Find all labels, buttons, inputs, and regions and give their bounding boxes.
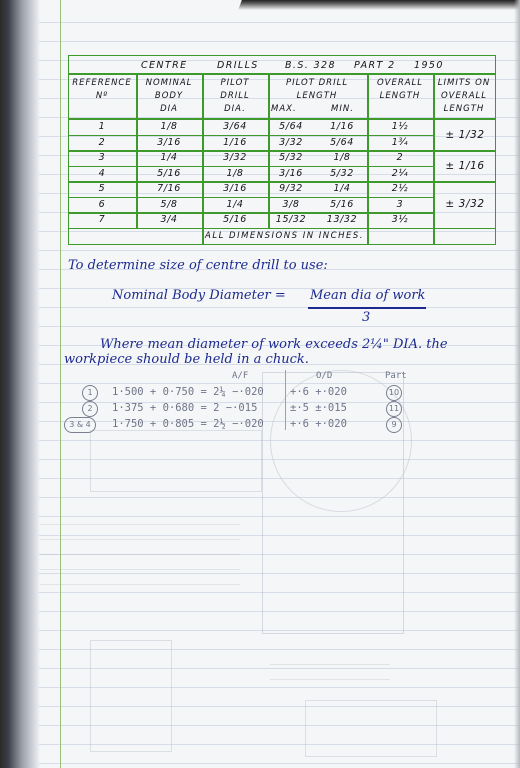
bleed-text-block-2	[270, 650, 390, 690]
calc-od: ±·5 ±·015	[290, 402, 347, 414]
cell-ref: 1	[82, 121, 122, 132]
cell-nominal: 3/16	[149, 137, 189, 148]
fraction-bar	[308, 307, 426, 309]
cell-min: 1/16	[322, 121, 362, 132]
calc-header-af: A/F	[232, 371, 248, 381]
cell-pilot-dia: 3/16	[215, 183, 255, 194]
header-overall-line2: LENGTH	[367, 90, 433, 103]
bleed-table-2	[90, 640, 172, 752]
calc-expression: 1·375 + 0·680 = 2 −·015	[112, 402, 257, 414]
cell-pilot-dia: 1/16	[215, 137, 255, 148]
column-divider	[367, 73, 369, 228]
column-divider	[202, 228, 204, 245]
cell-min: 1/8	[322, 152, 362, 163]
cell-overall: 3½	[380, 214, 420, 225]
formula-numerator: Mean dia of work	[310, 288, 425, 303]
cell-min: 13/32	[322, 214, 362, 225]
header-overall-line1: OVERALL	[367, 77, 433, 90]
book-binding	[0, 0, 40, 768]
header-limits-line2: OVERALL	[433, 90, 495, 103]
header-divider	[69, 118, 495, 120]
header-max: MAX.	[271, 103, 297, 116]
calc-header-od: O/D	[316, 371, 332, 381]
cell-nominal: 3/4	[149, 214, 189, 225]
table-title-centre: CENTRE	[141, 60, 188, 71]
cell-overall: 1¾	[380, 137, 420, 148]
title-divider	[69, 73, 495, 75]
cell-ref: 7	[82, 214, 122, 225]
cell-overall: 2	[380, 152, 420, 163]
calc-part-number: 11	[386, 401, 402, 417]
row-divider	[69, 228, 495, 230]
header-limits-line1: LIMITS ON	[433, 77, 495, 90]
calc-marker: 1	[82, 385, 98, 401]
column-divider	[433, 228, 435, 245]
cell-min: 5/16	[322, 199, 362, 210]
cell-ref: 5	[82, 183, 122, 194]
cell-pilot-dia: 1/8	[215, 168, 255, 179]
cell-max: 3/16	[271, 168, 311, 179]
cell-max: 9/32	[271, 183, 311, 194]
formula-denominator: 3	[362, 310, 370, 325]
page-shadow	[238, 0, 520, 10]
cell-min: 5/64	[322, 137, 362, 148]
cell-ref: 6	[82, 199, 122, 210]
header-reference-line1: REFERENCE	[69, 77, 135, 90]
cell-limit: ± 3/32	[435, 198, 495, 210]
cell-limit: ± 1/16	[435, 160, 495, 172]
header-pilot-dia-line2: DRILL	[202, 90, 268, 103]
cell-overall: 2½	[380, 183, 420, 194]
header-reference-line2: Nº	[69, 90, 135, 103]
column-divider	[367, 228, 369, 245]
header-reference: REFERENCE Nº	[69, 77, 135, 103]
cell-nominal: 7/16	[149, 183, 189, 194]
table-title-part: PART 2	[354, 60, 396, 71]
cell-limit: ± 1/32	[435, 129, 495, 141]
bleed-table	[90, 430, 262, 492]
header-nominal-line3: DIA	[136, 103, 202, 116]
header-pilot-dia-line1: PILOT	[202, 77, 268, 90]
column-divider	[136, 73, 138, 228]
cell-nominal: 1/8	[149, 121, 189, 132]
calc-od: +·6 +·020	[290, 386, 347, 398]
centre-drills-table: CENTRE DRILLS B.S. 328 PART 2 1950 REFER…	[68, 55, 496, 245]
cell-overall: 1½	[380, 121, 420, 132]
header-nominal-body-dia: NOMINAL BODY DIA	[136, 77, 202, 116]
header-pilot-dia-line3: DIA.	[202, 103, 268, 116]
calc-part-number: 10	[386, 385, 402, 401]
table-title-drills: DRILLS	[217, 60, 259, 71]
cell-nominal: 5/16	[149, 168, 189, 179]
table-title-standard: B.S. 328	[285, 60, 336, 71]
cell-overall: 3	[380, 199, 420, 210]
cell-pilot-dia: 1/4	[215, 199, 255, 210]
page-edge	[514, 0, 520, 768]
header-nominal-line1: NOMINAL	[136, 77, 202, 90]
calc-divider	[285, 370, 286, 430]
header-limits: LIMITS ON OVERALL LENGTH	[433, 77, 495, 116]
header-pilot-drill-length: PILOT DRILL LENGTH	[268, 77, 366, 103]
calc-expression: 1·500 + 0·750 = 2¼ −·020	[112, 386, 264, 398]
margin-line	[60, 0, 61, 768]
cell-nominal: 5/8	[149, 199, 189, 210]
calc-expression: 1·750 + 0·805 = 2½ −·020	[112, 418, 264, 430]
header-pilot-len-line1: PILOT DRILL	[268, 77, 366, 90]
cell-min: 1/4	[322, 183, 362, 194]
header-pilot-drill-dia: PILOT DRILL DIA.	[202, 77, 268, 116]
cell-nominal: 1/4	[149, 152, 189, 163]
calc-marker: 2	[82, 401, 98, 417]
header-pilot-len-line2: LENGTH	[268, 90, 366, 103]
cell-min: 5/32	[322, 168, 362, 179]
calc-header-part: Part	[385, 371, 407, 381]
calc-od: +·6 +·020	[290, 418, 347, 430]
bleed-text-block	[40, 510, 240, 590]
column-divider	[268, 73, 270, 228]
cell-max: 5/64	[271, 121, 311, 132]
cell-max: 15/32	[271, 214, 311, 225]
cell-ref: 2	[82, 137, 122, 148]
header-overall-length: OVERALL LENGTH	[367, 77, 433, 103]
cell-pilot-dia: 3/64	[215, 121, 255, 132]
table-footer: ALL DIMENSIONS IN INCHES.	[202, 231, 367, 241]
table-title-year: 1950	[414, 60, 444, 71]
cell-pilot-dia: 5/16	[215, 214, 255, 225]
cell-overall: 2¼	[380, 168, 420, 179]
bleed-table-3	[305, 700, 437, 757]
cell-pilot-dia: 3/32	[215, 152, 255, 163]
notes-heading: To determine size of centre drill to use…	[68, 258, 328, 273]
header-nominal-line2: BODY	[136, 90, 202, 103]
cell-ref: 4	[82, 168, 122, 179]
header-limits-line3: LENGTH	[433, 103, 495, 116]
paragraph-line-1: Where mean diameter of work exceeds 2¼" …	[100, 337, 448, 352]
cell-ref: 3	[82, 152, 122, 163]
column-divider	[202, 73, 204, 228]
cell-max: 3/32	[271, 137, 311, 148]
calc-marker: 3 & 4	[64, 417, 96, 433]
cell-max: 3/8	[271, 199, 311, 210]
cell-max: 5/32	[271, 152, 311, 163]
header-min: MIN.	[331, 103, 354, 116]
formula-left: Nominal Body Diameter =	[112, 288, 286, 303]
paragraph-line-2: workpiece should be held in a chuck.	[64, 352, 309, 367]
calc-part-number: 9	[386, 417, 402, 433]
